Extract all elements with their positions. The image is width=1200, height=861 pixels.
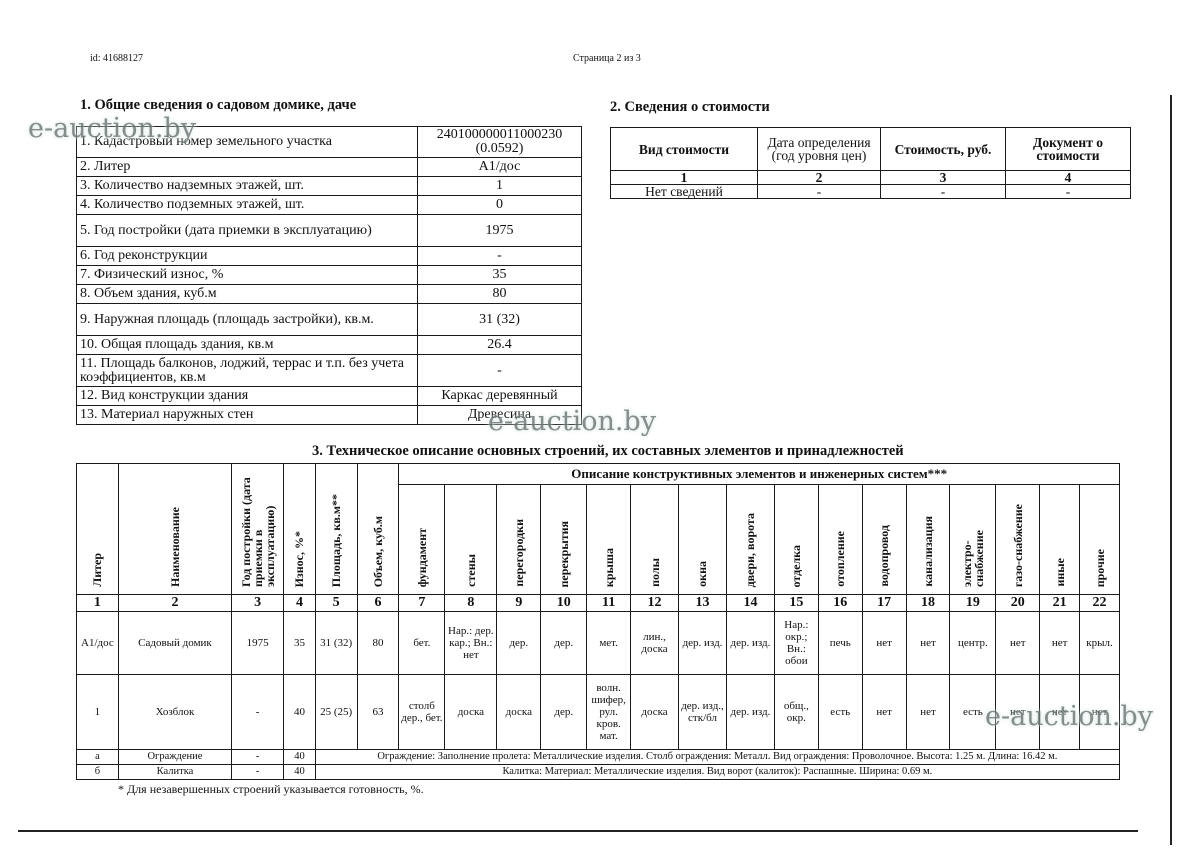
- cell: -: [758, 185, 881, 199]
- cell: дер. изд.: [726, 675, 774, 750]
- column-header: Дата определения (год уровня цен): [758, 128, 881, 171]
- column-number: 22: [1080, 595, 1120, 612]
- cell: -: [1006, 185, 1131, 199]
- column-header: Площадь, кв.м**: [315, 464, 357, 595]
- column-header: Стоимость, руб.: [881, 128, 1006, 171]
- row-label: 2. Литер: [77, 158, 418, 177]
- watermark: e-auction.by: [28, 113, 196, 144]
- row-label: 3. Количество надземных этажей, шт.: [77, 177, 418, 196]
- row-value: А1/дос: [418, 158, 582, 177]
- cell: а: [77, 750, 119, 765]
- column-header: Литер: [77, 464, 119, 595]
- row-value: 35: [418, 266, 582, 285]
- row-label: 5. Год постройки (дата приемки в эксплуа…: [77, 215, 418, 247]
- column-number: 1: [611, 171, 758, 185]
- column-number: 4: [284, 595, 316, 612]
- column-header: двери, ворота: [726, 485, 774, 595]
- column-header: Документ о стоимости: [1006, 128, 1131, 171]
- bottom-divider: [18, 830, 1138, 832]
- row-label: 6. Год реконструкции: [77, 247, 418, 266]
- row-value: 80: [418, 285, 582, 304]
- table-row: 12. Вид конструкции зданияКаркас деревян…: [77, 387, 582, 406]
- cell: доска: [631, 675, 679, 750]
- row-label: 12. Вид конструкции здания: [77, 387, 418, 406]
- column-header: прочие: [1080, 485, 1120, 595]
- section-1-title: 1. Общие сведения о садовом домике, даче: [80, 97, 356, 114]
- column-header: Объем, куб.м: [357, 464, 399, 595]
- cell: дер.: [541, 675, 587, 750]
- general-info-table: 1. Кадастровый номер земельного участка2…: [76, 126, 582, 425]
- column-header: стены: [445, 485, 497, 595]
- cell: -: [232, 765, 284, 780]
- cell: печь: [818, 612, 862, 675]
- cell: общ., окр.: [774, 675, 818, 750]
- table-row: 8. Объем здания, куб.м80: [77, 285, 582, 304]
- column-number: 19: [950, 595, 996, 612]
- cell: нет: [862, 612, 906, 675]
- footnote: * Для незавершенных строений указывается…: [118, 782, 424, 797]
- column-header: крыша: [587, 485, 631, 595]
- row-label: 7. Физический износ, %: [77, 266, 418, 285]
- column-header: окна: [679, 485, 727, 595]
- row-value: 240100000011000230 (0.0592): [418, 127, 582, 158]
- table-row: 11. Площадь балконов, лоджий, террас и т…: [77, 355, 582, 387]
- cell: есть: [818, 675, 862, 750]
- row-label: 4. Количество подземных этажей, шт.: [77, 196, 418, 215]
- section-2-title: 2. Сведения о стоимости: [610, 99, 770, 116]
- cell: центр.: [950, 612, 996, 675]
- column-number: 2: [118, 595, 231, 612]
- column-number: 10: [541, 595, 587, 612]
- table-row: 1 Хозблок - 40 25 (25) 63 столб дер., бе…: [77, 675, 1120, 750]
- accessory-row: а Ограждение - 40 Ограждение: Заполнение…: [77, 750, 1120, 765]
- cell: Нар.: дер. кар.; Вн.: нет: [445, 612, 497, 675]
- cell: А1/дос: [77, 612, 119, 675]
- column-header: полы: [631, 485, 679, 595]
- cell: 80: [357, 612, 399, 675]
- column-header: перекрытия: [541, 485, 587, 595]
- header-row: Вид стоимости Дата определения (год уров…: [611, 128, 1131, 171]
- accessory-description: Калитка: Материал: Металлические изделия…: [315, 765, 1119, 780]
- group-header: Описание конструктивных элементов и инже…: [399, 464, 1120, 485]
- cell: б: [77, 765, 119, 780]
- cell: нет: [1040, 612, 1080, 675]
- cell: мет.: [587, 612, 631, 675]
- page-edge-line: [1170, 95, 1172, 845]
- cell: -: [881, 185, 1006, 199]
- column-number: 13: [679, 595, 727, 612]
- cell: дер. изд.: [726, 612, 774, 675]
- table-row: А1/дос Садовый домик 1975 35 31 (32) 80 …: [77, 612, 1120, 675]
- column-number: 16: [818, 595, 862, 612]
- column-number: 21: [1040, 595, 1080, 612]
- accessory-description: Ограждение: Заполнение пролета: Металлич…: [315, 750, 1119, 765]
- cell: 40: [284, 765, 316, 780]
- column-number: 4: [1006, 171, 1131, 185]
- column-number: 6: [357, 595, 399, 612]
- cell: Ограждение: [118, 750, 231, 765]
- column-header: Наименование: [118, 464, 231, 595]
- cell: нет: [906, 675, 950, 750]
- column-number: 18: [906, 595, 950, 612]
- column-header: канализация: [906, 485, 950, 595]
- table-row: 2. ЛитерА1/дос: [77, 158, 582, 177]
- table-row: Нет сведений - - -: [611, 185, 1131, 199]
- table-row: 4. Количество подземных этажей, шт.0: [77, 196, 582, 215]
- cell: нет: [906, 612, 950, 675]
- accessory-row: б Калитка - 40 Калитка: Материал: Металл…: [77, 765, 1120, 780]
- table-row: 3. Количество надземных этажей, шт.1: [77, 177, 582, 196]
- column-header: Износ, %*: [284, 464, 316, 595]
- column-header: отопление: [818, 485, 862, 595]
- column-number: 20: [996, 595, 1040, 612]
- row-label: 10. Общая площадь здания, кв.м: [77, 336, 418, 355]
- cell: 25 (25): [315, 675, 357, 750]
- cell: лин., доска: [631, 612, 679, 675]
- row-value: 26.4: [418, 336, 582, 355]
- column-header: отделка: [774, 485, 818, 595]
- row-value: 31 (32): [418, 304, 582, 336]
- row-value: -: [418, 355, 582, 387]
- cell: крыл.: [1080, 612, 1120, 675]
- cell: дер.: [497, 612, 541, 675]
- column-number: 12: [631, 595, 679, 612]
- cell: Хозблок: [118, 675, 231, 750]
- table-row: 9. Наружная площадь (площадь застройки),…: [77, 304, 582, 336]
- row-label: 9. Наружная площадь (площадь застройки),…: [77, 304, 418, 336]
- cell: волн. шифер, рул. кров. мат.: [587, 675, 631, 750]
- table-row: 10. Общая площадь здания, кв.м26.4: [77, 336, 582, 355]
- column-number: 1: [77, 595, 119, 612]
- cell: Нет сведений: [611, 185, 758, 199]
- column-number: 11: [587, 595, 631, 612]
- cell: 63: [357, 675, 399, 750]
- cell: Нар.: окр.; Вн.: обои: [774, 612, 818, 675]
- column-number: 14: [726, 595, 774, 612]
- number-row: 1 2 3 4: [611, 171, 1131, 185]
- number-row: 1 2 3 4 5 6 7 8 9 10 11 12 13 14 15 16 1…: [77, 595, 1120, 612]
- row-value: -: [418, 247, 582, 266]
- cell: 40: [284, 675, 316, 750]
- column-header: иные: [1040, 485, 1080, 595]
- row-label: 13. Материал наружных стен: [77, 406, 418, 425]
- column-number: 17: [862, 595, 906, 612]
- column-header: Вид стоимости: [611, 128, 758, 171]
- column-number: 15: [774, 595, 818, 612]
- cell: нет: [996, 612, 1040, 675]
- table-row: 7. Физический износ, %35: [77, 266, 582, 285]
- header-row: Литер Наименование Год постройки (дата п…: [77, 464, 1120, 485]
- watermark: e-auction.by: [488, 406, 656, 437]
- column-number: 8: [445, 595, 497, 612]
- cell: -: [232, 750, 284, 765]
- page-indicator: Страница 2 из 3: [573, 53, 641, 64]
- watermark: e-auction.by: [985, 701, 1153, 732]
- column-number: 2: [758, 171, 881, 185]
- cell: Калитка: [118, 765, 231, 780]
- cell: дер. изд., стк/бл: [679, 675, 727, 750]
- row-value: 1975: [418, 215, 582, 247]
- cell: Садовый домик: [118, 612, 231, 675]
- row-label: 11. Площадь балконов, лоджий, террас и т…: [77, 355, 418, 387]
- row-value: Каркас деревянный: [418, 387, 582, 406]
- document-id: id: 41688127: [90, 53, 143, 64]
- cell: дер. изд.: [679, 612, 727, 675]
- column-number: 5: [315, 595, 357, 612]
- cell: -: [232, 675, 284, 750]
- column-header: водопровод: [862, 485, 906, 595]
- cell: 35: [284, 612, 316, 675]
- column-header: перегородки: [497, 485, 541, 595]
- row-label: 8. Объем здания, куб.м: [77, 285, 418, 304]
- column-number: 3: [881, 171, 1006, 185]
- cell: 1: [77, 675, 119, 750]
- cost-table: Вид стоимости Дата определения (год уров…: [610, 127, 1131, 199]
- cell: 40: [284, 750, 316, 765]
- table-row: 6. Год реконструкции-: [77, 247, 582, 266]
- row-value: 1: [418, 177, 582, 196]
- column-header: электро-снабжение: [950, 485, 996, 595]
- column-number: 9: [497, 595, 541, 612]
- cell: бет.: [399, 612, 445, 675]
- cell: доска: [445, 675, 497, 750]
- row-value: 0: [418, 196, 582, 215]
- section-3-title: 3. Техническое описание основных строени…: [312, 443, 904, 460]
- table-row: 5. Год постройки (дата приемки в эксплуа…: [77, 215, 582, 247]
- cell: 1975: [232, 612, 284, 675]
- column-number: 7: [399, 595, 445, 612]
- cell: столб дер., бет.: [399, 675, 445, 750]
- cell: нет: [862, 675, 906, 750]
- column-header: фундамент: [399, 485, 445, 595]
- column-header: газо-снабжение: [996, 485, 1040, 595]
- column-number: 3: [232, 595, 284, 612]
- technical-description-table: Литер Наименование Год постройки (дата п…: [76, 463, 1120, 780]
- cell: дер.: [541, 612, 587, 675]
- column-header: Год постройки (дата приемки в эксплуатац…: [232, 464, 284, 595]
- cell: доска: [497, 675, 541, 750]
- cell: 31 (32): [315, 612, 357, 675]
